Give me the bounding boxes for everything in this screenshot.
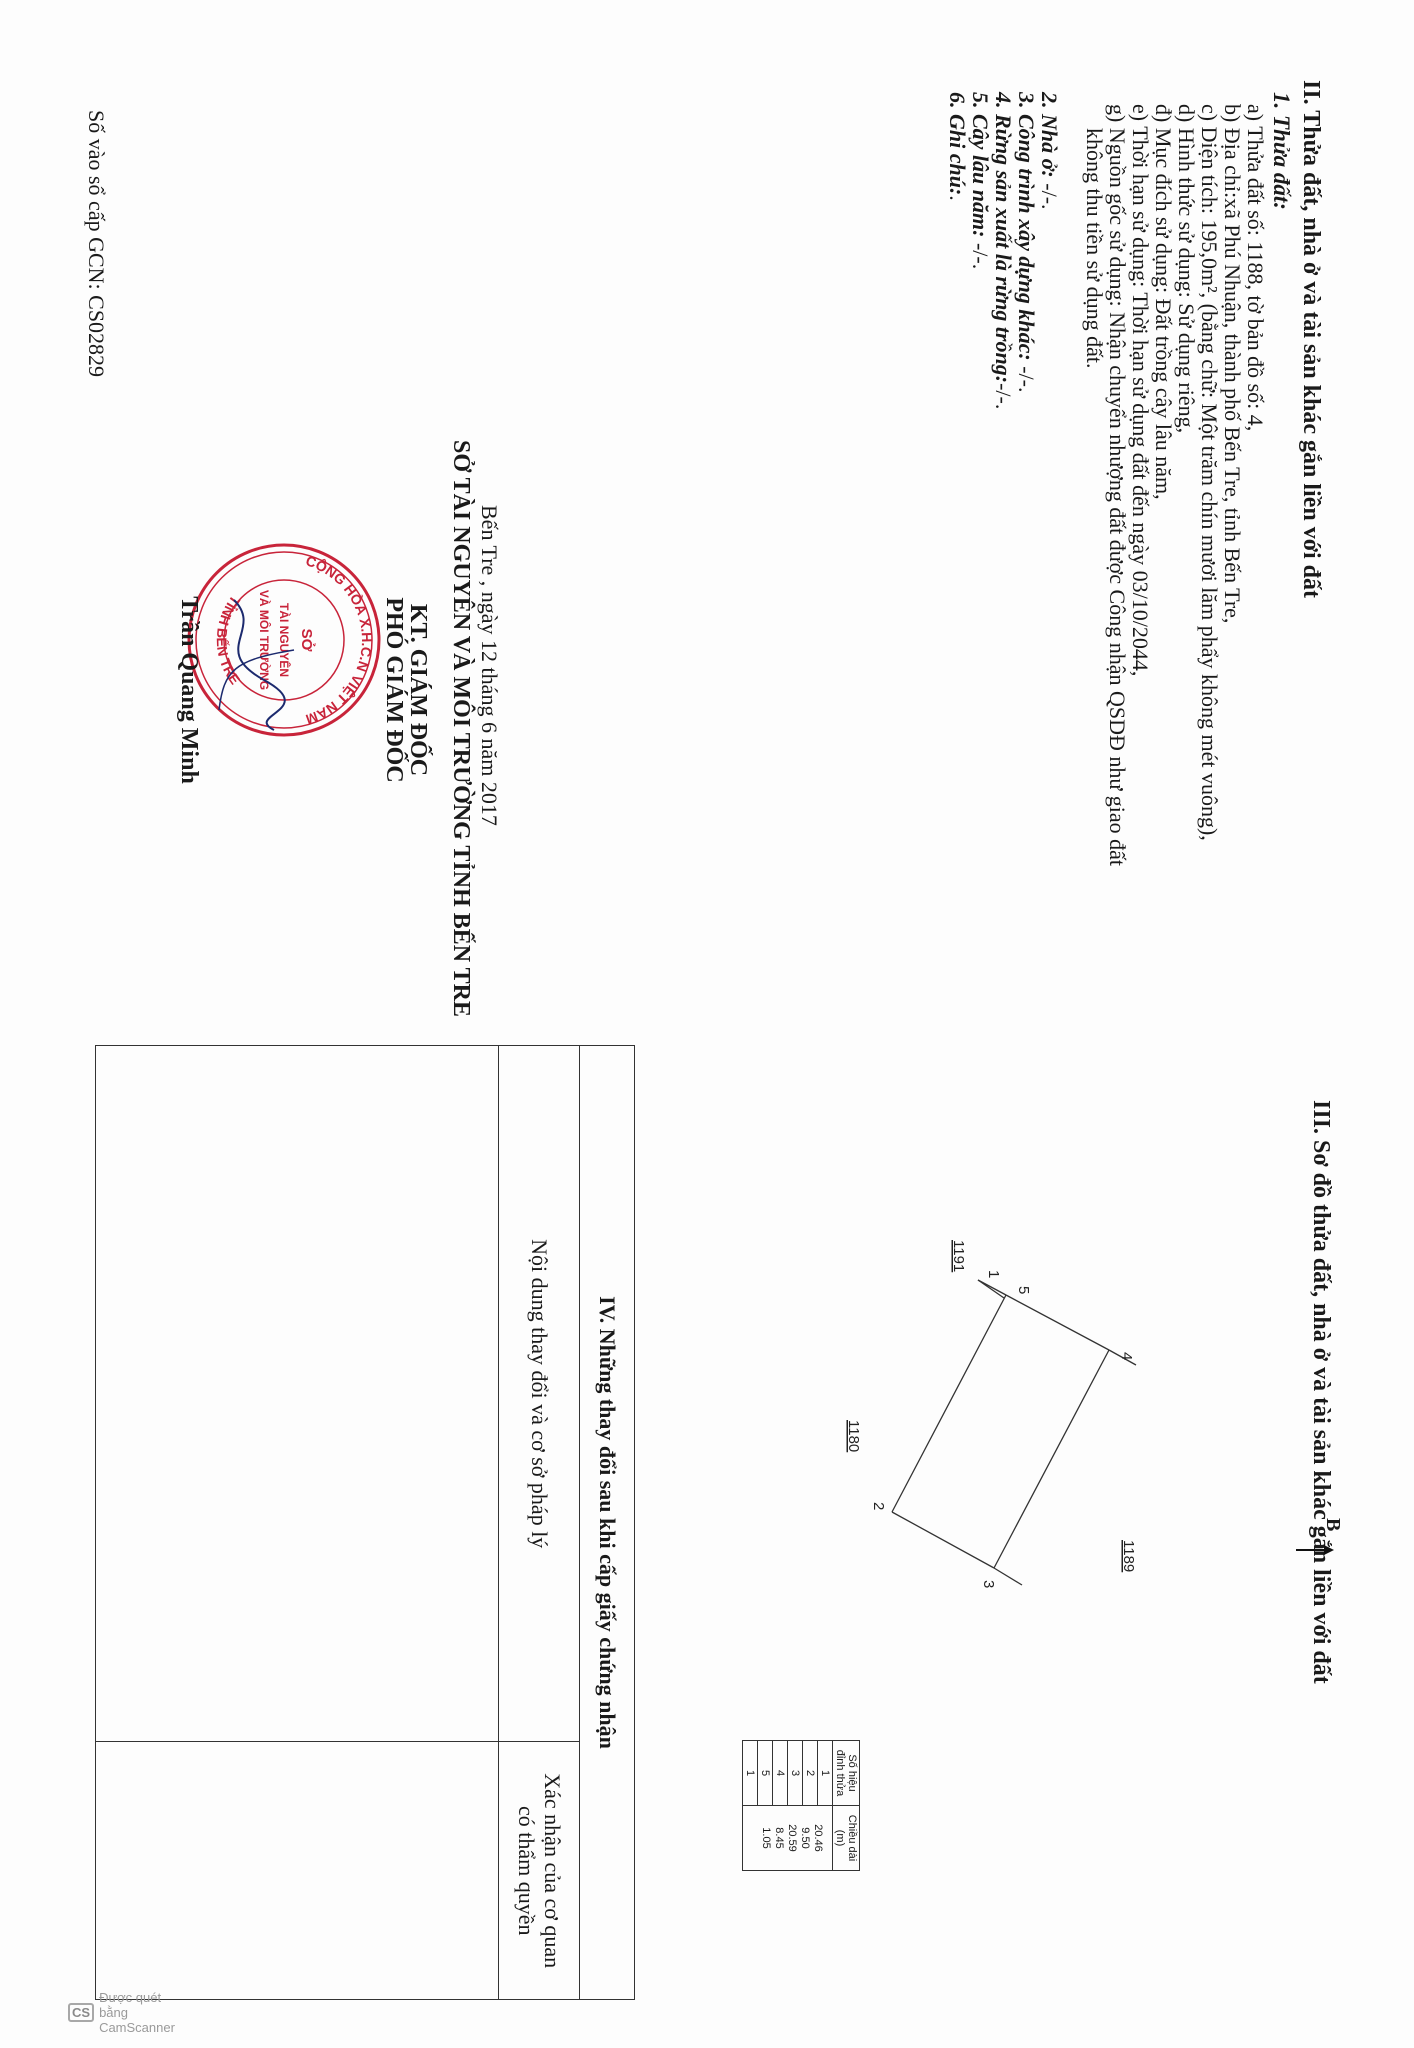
- official-stamp-icon: CỘNG HÒA X.H.C.N VIỆT NAM TỈNH BẾN TRE S…: [184, 540, 384, 740]
- vertex-label: 2: [870, 1502, 887, 1510]
- watermark-text: Được quét bằng CamScanner: [99, 1990, 175, 2035]
- signer-name: Trần Quang Minh: [175, 440, 202, 940]
- changes-after-issuance-table: IV. Những thay đổi sau khi cấp giấy chứn…: [95, 1045, 635, 2000]
- signer-role-1: KT. GIÁM ĐỐC: [404, 440, 431, 940]
- asset-item: 2. Nhà ở: -/-.: [1036, 92, 1062, 210]
- parcel-detail-line: a) Thửa đất số: 1188, tờ bản đồ số: 4,: [1242, 104, 1268, 431]
- change-content-cell[interactable]: [96, 1046, 499, 1742]
- vertex-label: 4: [1118, 1352, 1135, 1360]
- signer-role-2: PHÓ GIÁM ĐỐC: [380, 440, 407, 940]
- registry-number: Số vào sổ cấp GCN: CS02829: [83, 110, 109, 377]
- coord-table-header: Số hiệu đỉnh thửa: [833, 1741, 860, 1806]
- signing-date: Bến Tre , ngày 12 tháng 6 năm 2017: [476, 505, 502, 826]
- asset-item: 4. Rừng sản xuất là rừng trồng:-/-.: [990, 92, 1016, 409]
- issuing-agency: SỞ TÀI NGUYÊN VÀ MÔI TRƯỜNG TỈNH BẾN TRE: [447, 440, 474, 940]
- vertex-number: 4: [773, 1741, 788, 1806]
- asset-item: 6. Ghi chú:.: [944, 92, 970, 201]
- parcel-detail-line: g) Nguồn gốc sử dụng: Nhận chuyển nhượng…: [1104, 104, 1130, 866]
- asset-item: 3. Công trình xây dựng khác: -/-.: [1013, 92, 1039, 392]
- vertex-number: 1: [818, 1741, 833, 1806]
- vertex-label: 1: [985, 1270, 1002, 1278]
- vertex-label: 3: [980, 1580, 997, 1588]
- coord-table-row: 120.469.5020.598.451.05: [818, 1741, 833, 1871]
- parcel-sketch: 12345118911801191: [834, 1240, 1154, 1700]
- certificate-page: II. Thửa đất, nhà ở và tài sản khác gắn …: [0, 0, 1414, 2048]
- section-2-subheading: 1. Thửa đất:: [1268, 92, 1294, 210]
- section-4-heading: IV. Những thay đổi sau khi cấp giấy chứn…: [580, 1046, 635, 2000]
- parcel-detail-line: d) Hình thức sử dụng: Sử dụng riêng,: [1173, 104, 1199, 433]
- authority-confirmation-cell[interactable]: [96, 1742, 499, 2000]
- neighbor-parcel-label: 1180: [845, 1420, 862, 1452]
- vertex-number: 2: [803, 1741, 818, 1806]
- north-arrow-icon: [1294, 1530, 1334, 1570]
- boundary-coordinate-table: Số hiệu đỉnh thửaChiều dài (m) 120.469.5…: [742, 1740, 860, 1871]
- asset-item: 5. Cây lâu năm: -/-.: [967, 92, 993, 269]
- vertex-label: 5: [1015, 1286, 1032, 1294]
- camscanner-logo-icon: CS: [68, 2003, 94, 2022]
- parcel-detail-line: e) Thời hạn sử dụng: Thời hạn sử dụng đấ…: [1127, 104, 1153, 676]
- column-change-content: Nội dung thay đổi và cơ sở pháp lý: [499, 1046, 580, 1742]
- parcel-detail-line: không thu tiền sử dụng đất.: [1081, 128, 1107, 368]
- svg-text:SỞ: SỞ: [298, 629, 316, 652]
- vertex-number: 1: [743, 1741, 758, 1806]
- svg-text:VÀ MÔI TRƯỜNG: VÀ MÔI TRƯỜNG: [257, 590, 272, 690]
- svg-text:TÀI NGUYÊN: TÀI NGUYÊN: [277, 603, 292, 677]
- north-label: B: [1321, 1518, 1344, 1531]
- section-3-heading: III. Sơ đồ thửa đất, nhà ở và tài sản kh…: [1307, 1100, 1334, 1684]
- camscanner-watermark: CS Được quét bằng CamScanner: [68, 1990, 175, 2035]
- neighbor-parcel-label: 1191: [950, 1240, 967, 1272]
- parcel-detail-line: c) Diện tích: 195,0m², (bằng chữ: Một tr…: [1196, 104, 1222, 841]
- neighbor-parcel-label: 1189: [1120, 1540, 1137, 1572]
- parcel-detail-line: b) Địa chỉ:xã Phú Nhuận, thành phố Bến T…: [1219, 104, 1245, 623]
- vertex-number: 3: [788, 1741, 803, 1806]
- vertex-number: 5: [758, 1741, 773, 1806]
- section-2-heading: II. Thửa đất, nhà ở và tài sản khác gắn …: [1297, 80, 1324, 598]
- edge-lengths: 20.469.5020.598.451.05: [743, 1806, 833, 1871]
- column-authority-confirmation: Xác nhận của cơ quancó thẩm quyền: [499, 1742, 580, 2000]
- parcel-detail-line: đ) Mục đích sử dụng: Đất trồng cây lâu n…: [1150, 104, 1176, 500]
- coord-table-header: Chiều dài (m): [833, 1806, 860, 1871]
